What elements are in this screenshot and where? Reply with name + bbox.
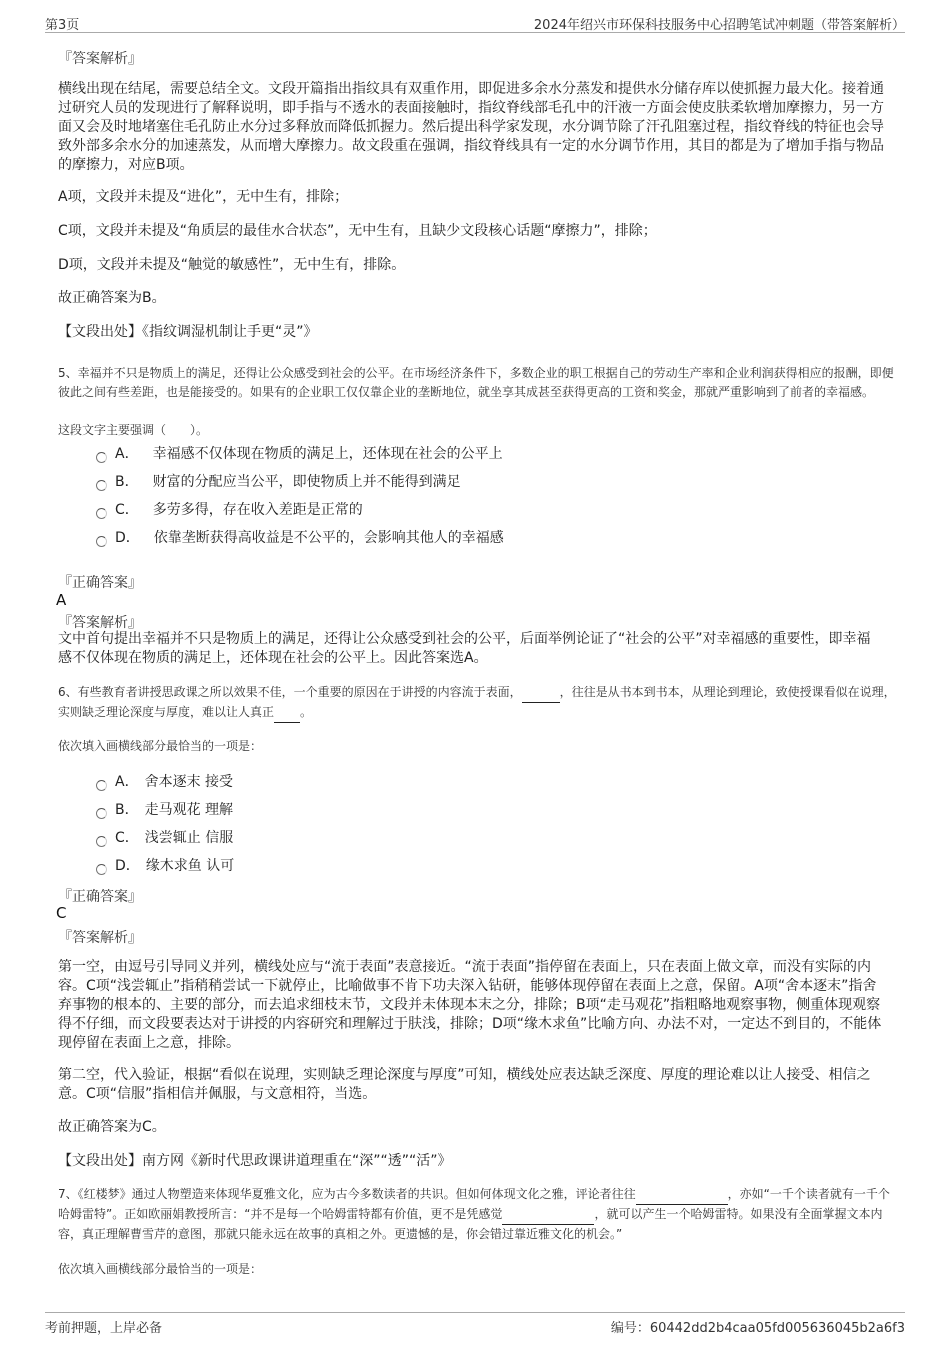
correct-answer-label: 『正确答案』 (58, 572, 142, 592)
question-6-prompt: 依次填入画横线部分最恰当的一项是： (58, 737, 898, 756)
page-number: 第3页 (45, 14, 79, 33)
conclusion: 故正确答案为C。 (58, 1118, 888, 1137)
analysis-label: 『答案解析』 (58, 48, 142, 68)
question-6-stem: 6、有些教育者讲授思政课之所以效果不佳，一个重要的原因在于讲授的内容流于表面， … (58, 683, 898, 723)
question-5-prompt: 这段文字主要强调（ ）。 (58, 421, 898, 440)
q5-option-a[interactable]: A． 幸福感不仅体现在物质的满足上，还体现在社会的公平上 (96, 444, 503, 464)
radio-icon[interactable] (96, 480, 107, 491)
radio-icon[interactable] (96, 508, 107, 519)
q6-option-c[interactable]: C． 浅尝辄止 信服 (96, 828, 233, 848)
blank-2 (502, 1205, 594, 1225)
analysis-text: 横线出现在结尾，需要总结全文。文段开篇指出指纹具有双重作用，即促进多余水分蒸发和… (58, 80, 888, 175)
question-7-stem: 7、《红楼梦》通过人物塑造来体现华夏雅文化，应为古今多数读者的共识。但如何体现文… (58, 1185, 898, 1244)
document-serial: 编号：60442dd2b4caa05fd005636045b2a6f3 (611, 1317, 905, 1336)
radio-icon[interactable] (96, 836, 107, 847)
q5-option-b[interactable]: B． 财富的分配应当公平，即使物质上并不能得到满足 (96, 472, 461, 492)
conclusion: 故正确答案为B。 (58, 289, 888, 308)
q6-option-b[interactable]: B． 走马观花 理解 (96, 800, 233, 820)
analysis-paragraph-2: 第二空，代入验证，根据“看似在说理，实则缺乏理论深度与厚度”可知，横线处应表达缺… (58, 1066, 888, 1104)
radio-icon[interactable] (96, 780, 107, 791)
q5-option-c[interactable]: C． 多劳多得，存在收入差距是正常的 (96, 500, 363, 520)
source: 【文段出处】《指纹调湿机制让手更“灵”》 (58, 323, 888, 342)
radio-icon[interactable] (96, 864, 107, 875)
option-c-note: C项，文段并未提及“角质层的最佳水合状态”，无中生有，且缺少文段核心话题“摩擦力… (58, 222, 888, 241)
blank-2 (274, 703, 300, 723)
correct-answer: C (56, 904, 66, 922)
analysis-paragraph-1: 第一空，由逗号引导同义并列，横线处应与“流于表面”表意接近。“流于表面”指停留在… (58, 958, 888, 1053)
correct-answer-label: 『正确答案』 (58, 886, 142, 906)
q6-option-d[interactable]: D． 缘木求鱼 认可 (96, 856, 234, 876)
q5-option-d[interactable]: D． 依靠垄断获得高收益是不公平的，会影响其他人的幸福感 (96, 528, 504, 548)
footer-slogan: 考前押题，上岸必备 (45, 1317, 162, 1336)
page-footer: 考前押题，上岸必备 编号：60442dd2b4caa05fd005636045b… (45, 1312, 905, 1335)
blank-1 (522, 683, 560, 703)
page-header: 第3页 2024年绍兴市环保科技服务中心招聘笔试冲刺题（带答案解析） (45, 12, 905, 33)
radio-icon[interactable] (96, 452, 107, 463)
blank-1 (636, 1185, 728, 1205)
document-title: 2024年绍兴市环保科技服务中心招聘笔试冲刺题（带答案解析） (534, 14, 905, 33)
q6-option-a[interactable]: A． 舍本逐末 接受 (96, 772, 233, 792)
question-7-prompt: 依次填入画横线部分最恰当的一项是： (58, 1260, 898, 1279)
analysis-label: 『答案解析』 (58, 612, 142, 632)
analysis-label: 『答案解析』 (58, 927, 142, 947)
option-a-note: A项，文段并未提及“进化”，无中生有，排除； (58, 188, 888, 207)
analysis-text: 文中首句提出幸福并不只是物质上的满足，还得让公众感受到社会的公平，后面举例论证了… (58, 630, 878, 668)
question-5-stem: 5、幸福并不只是物质上的满足，还得让公众感受到社会的公平。在市场经济条件下，多数… (58, 364, 898, 402)
correct-answer: A (56, 591, 66, 609)
option-d-note: D项，文段并未提及“触觉的敏感性”，无中生有，排除。 (58, 256, 888, 275)
source: 【文段出处】南方网《新时代思政课讲道理重在“深”“透”“活”》 (58, 1152, 888, 1171)
radio-icon[interactable] (96, 808, 107, 819)
radio-icon[interactable] (96, 536, 107, 547)
